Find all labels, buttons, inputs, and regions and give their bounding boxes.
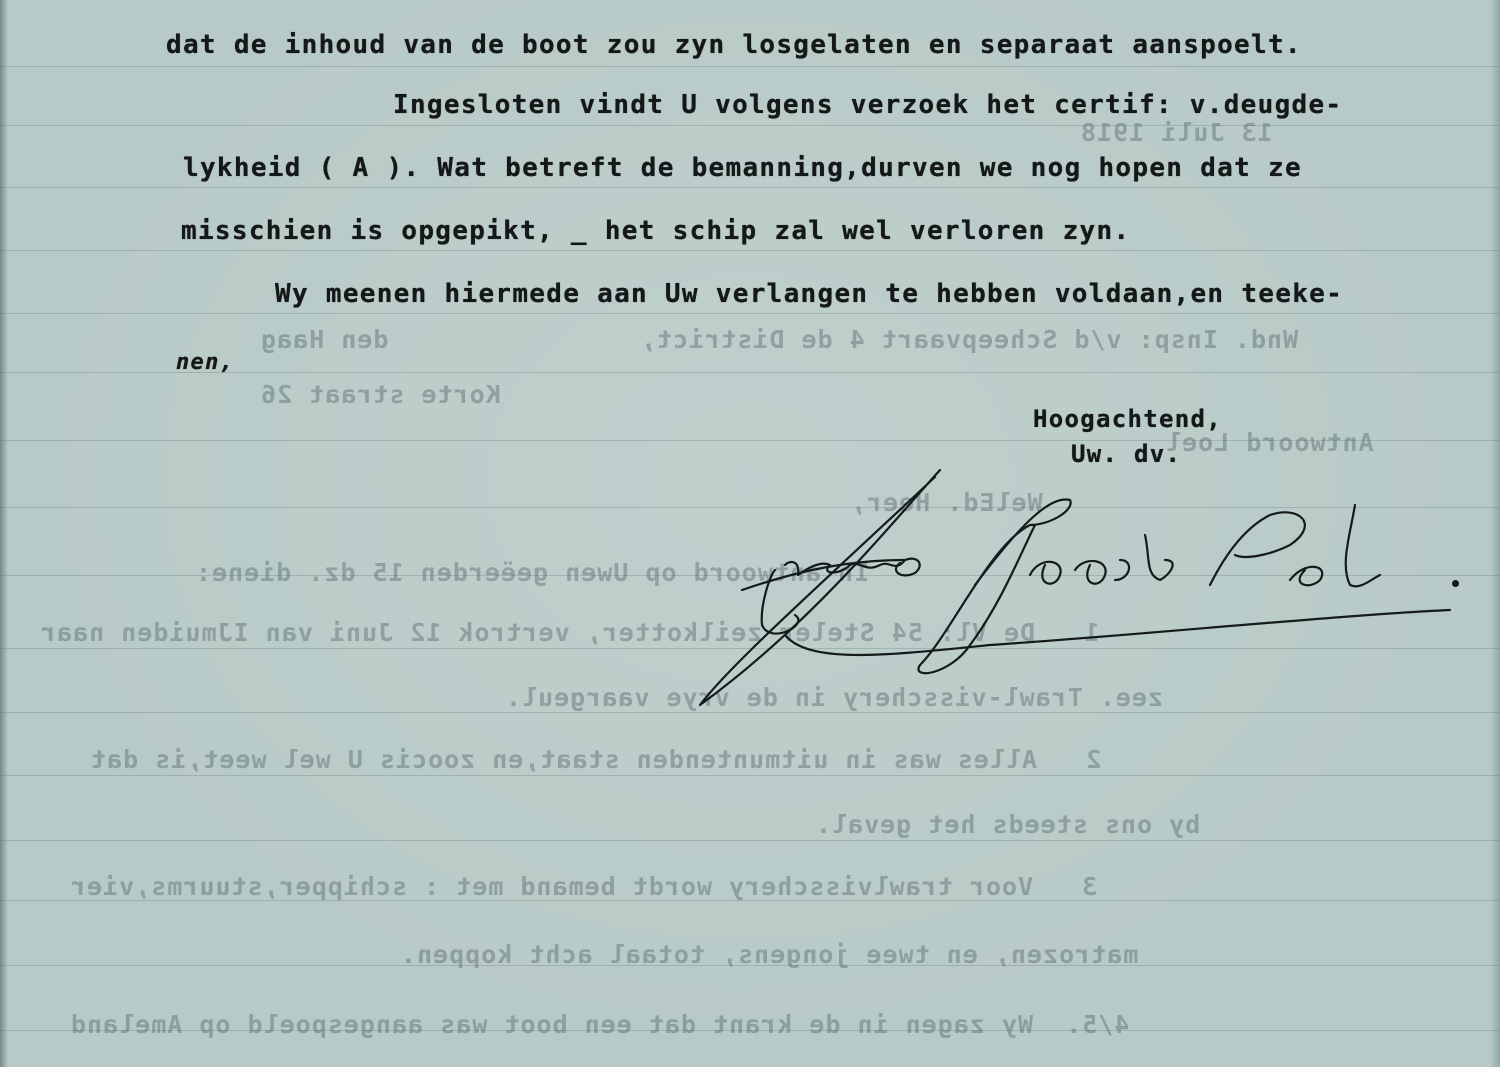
ghost-address-street: Korte straat 26: [260, 380, 501, 409]
closing-sender: Uw. dv.: [1071, 440, 1181, 468]
paragraph-2-line-2: lykheid ( A ). Wat betreft de bemanning,…: [183, 153, 1302, 183]
ghost-line-3a: 3 Voor trawlvisschery wordt bemand met :…: [70, 872, 1097, 901]
paragraph-1-line-1: dat de inhoud van de boot zou zyn losgel…: [166, 30, 1302, 60]
signature-period: [1452, 580, 1459, 587]
ghost-address-1: Wnd. Insp: v/d Scheepvaart 4 de District…: [640, 325, 1298, 354]
ghost-line-3b: matrozen, en twee jongens, totaal acht k…: [400, 940, 1138, 969]
ghost-date: 13 Juli 1918: [1080, 118, 1273, 147]
signature: [690, 465, 1470, 715]
closing-salutation: Hoogachtend,: [1033, 405, 1222, 433]
paragraph-2-line-3: misschien is opgepikt, _ het schip zal w…: [181, 216, 1130, 246]
ghost-line-45: 4/5. Wy zagen in de krant dat een boot w…: [70, 1010, 1129, 1039]
paragraph-3-line-2: nen,: [176, 350, 234, 375]
paragraph-2-line-1: Ingesloten vindt U volgens verzoek het c…: [393, 90, 1342, 120]
paragraph-3-line-1: Wy meenen hiermede aan Uw verlangen te h…: [275, 279, 1343, 309]
ghost-line-2a: 2 Alles was in uitmuntenden staat,en zoo…: [90, 745, 1101, 774]
ghost-address-city: den Haag: [260, 325, 388, 354]
ghost-line-2b: by ons steeds het geval.: [815, 810, 1200, 839]
